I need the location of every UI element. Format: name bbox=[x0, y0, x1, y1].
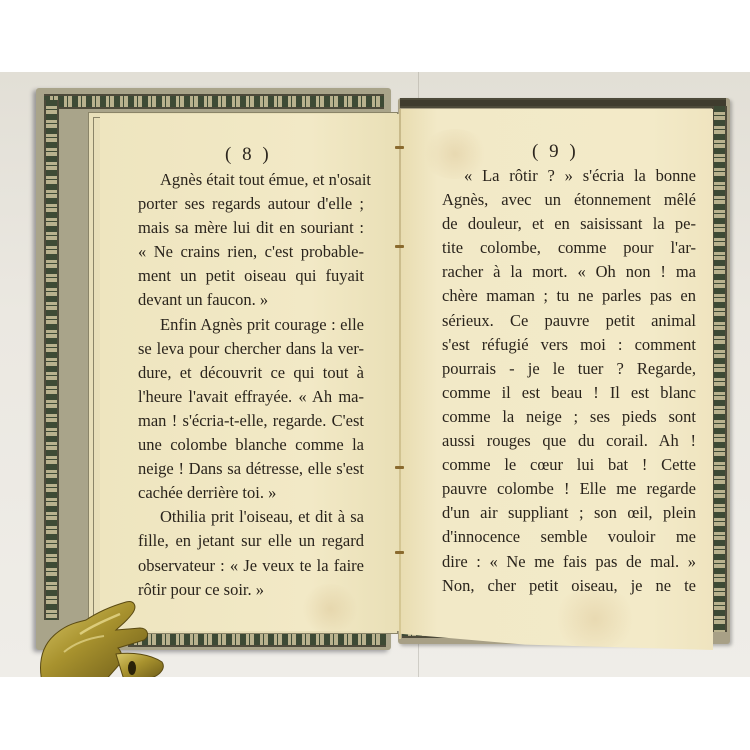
right-page-number: ( 9 ) bbox=[532, 141, 579, 163]
book-photograph: ( 8 ) Agnès était tout émue, et n'osait … bbox=[0, 72, 750, 677]
text-line: man ! s'écria-t-elle, regarde. C'est bbox=[138, 409, 364, 433]
text-line: l'heure l'avait effrayée. « Ah ma- bbox=[138, 385, 364, 409]
text-line: ment un petit oiseau qui fuyait bbox=[138, 264, 364, 288]
text-line: rôtir pour ce soir. » bbox=[138, 578, 364, 602]
right-cover-top-tooling bbox=[400, 98, 726, 108]
brass-hand-bookstand bbox=[20, 582, 170, 677]
text-line: dire : « Ne me fais pas de mal. » bbox=[442, 550, 696, 574]
text-line: dure, et découvrit ce qui tout à bbox=[138, 361, 364, 385]
text-line: « Ne crains rien, c'est probable- bbox=[138, 240, 364, 264]
text-line: aussi rouges que du corail. Ah ! bbox=[442, 429, 696, 453]
text-line: « La rôtir ? » s'écria la bonne bbox=[442, 164, 696, 188]
left-page-text: Agnès était tout émue, et n'osait porter… bbox=[138, 168, 364, 602]
text-line: pauvre colombe ! Elle me regarde bbox=[442, 477, 696, 501]
binding-stitch bbox=[395, 551, 404, 554]
text-line: porter ses regards autour d'elle ; bbox=[138, 192, 364, 216]
left-cover-side-tooling bbox=[44, 100, 59, 620]
text-line: racher à la mort. « Oh non ! ma bbox=[442, 260, 696, 284]
text-line: d'un air suppliant ; son œil, plein bbox=[442, 501, 696, 525]
right-page-text: « La rôtir ? » s'écria la bonne Agnès, a… bbox=[442, 164, 696, 598]
text-line: chère maman ; tu ne parles pas en bbox=[442, 284, 696, 308]
text-line: pourrais - je le tuer ? Regarde, bbox=[442, 357, 696, 381]
text-line: devant un faucon. » bbox=[138, 288, 364, 312]
binding-stitch bbox=[395, 146, 404, 149]
text-line: Agnès était tout émue, et n'osait bbox=[138, 168, 364, 192]
binding-stitch bbox=[395, 245, 404, 248]
foxing-stain bbox=[550, 589, 640, 649]
text-line: d'innocence semble vouloir me bbox=[442, 525, 696, 549]
text-line: de douleur, et en saisissant la pe- bbox=[442, 212, 696, 236]
text-line: mais sa mère lui dit en souriant : bbox=[138, 216, 364, 240]
text-line: comme il est beau ! Il est blanc bbox=[442, 381, 696, 405]
text-line: Enfin Agnès prit courage : elle bbox=[138, 313, 364, 337]
text-line: une colombe blanche comme la bbox=[138, 433, 364, 457]
text-line: sérieux. Ce pauvre petit animal bbox=[442, 309, 696, 333]
text-line: neige ! Dans sa détresse, elle s'est bbox=[138, 457, 364, 481]
text-line: observateur : « Je veux te la faire bbox=[138, 554, 364, 578]
right-cover-side-tooling bbox=[712, 106, 727, 632]
book-gutter bbox=[399, 109, 401, 639]
text-line: Non, cher petit oiseau, je ne te bbox=[442, 574, 696, 598]
text-line: fille, en jetant sur elle un regard bbox=[138, 529, 364, 553]
text-line: se leva pour chercher dans la ver- bbox=[138, 337, 364, 361]
left-page-number: ( 8 ) bbox=[225, 144, 272, 166]
text-line: Othilia prit l'oiseau, et dit à sa bbox=[138, 505, 364, 529]
left-cover-top-tooling bbox=[44, 94, 384, 109]
text-line: s'est réfugié vers moi : comment bbox=[442, 333, 696, 357]
text-line: cachée derrière toi. » bbox=[138, 481, 364, 505]
text-line: tite colombe, comme pour l'ar- bbox=[442, 236, 696, 260]
binding-stitch bbox=[395, 466, 404, 469]
text-line: Agnès, avec un étonnement mêlé bbox=[442, 188, 696, 212]
text-line: comme la neige ; ses pieds sont bbox=[442, 405, 696, 429]
text-line: comme le cœur lui bat ! Cette bbox=[442, 453, 696, 477]
